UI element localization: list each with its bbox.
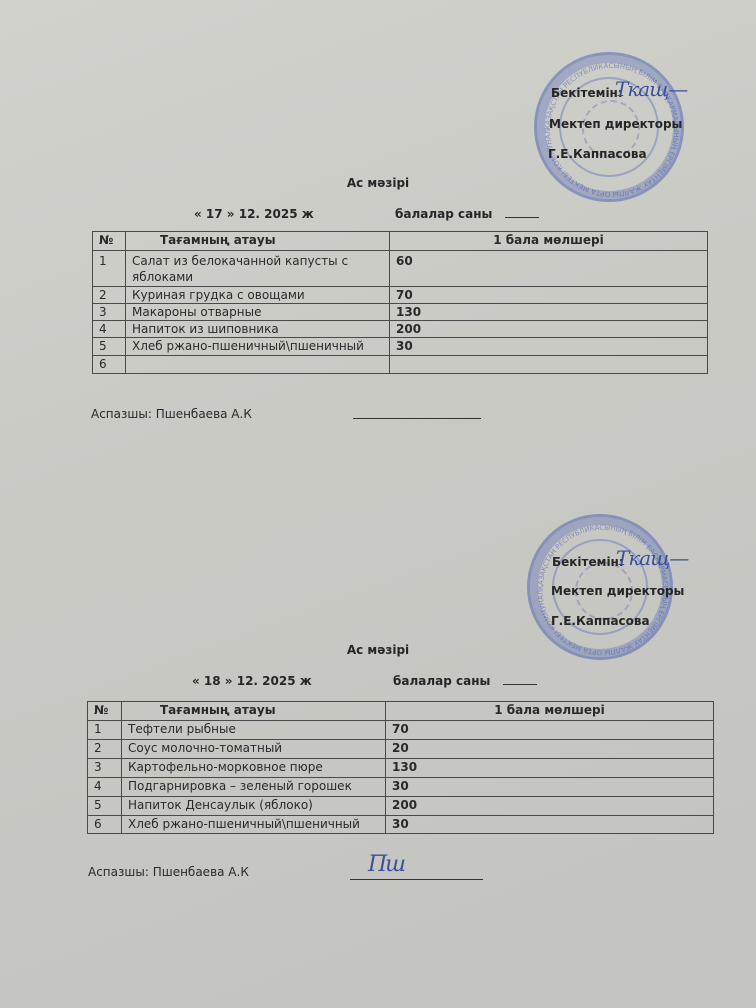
table-row: 6	[93, 356, 708, 374]
dish-name[interactable]	[126, 356, 390, 374]
portion: 70	[386, 721, 714, 740]
cook-label: Аспазшы: Пшенбаева А.К	[91, 407, 252, 421]
row-number: 5	[93, 338, 126, 356]
children-count: балалар саны	[395, 207, 539, 221]
row-number: 6	[93, 356, 126, 374]
portion: 130	[390, 304, 708, 321]
cook-signature: Пш	[368, 852, 404, 877]
table-row: 6 Хлеб ржано-пшеничный\пшеничный 30	[88, 816, 714, 834]
dish-name: Макароны отварные	[126, 304, 390, 321]
dish-name: Хлеб ржано-пшеничный\пшеничный	[126, 338, 390, 356]
children-count-label: балалар саны	[393, 674, 490, 688]
director-name: Г.Е.Каппасова	[551, 615, 650, 627]
approved-label: Бекітемін:	[552, 556, 624, 568]
header-portion: 1 бала мөлшері	[386, 702, 714, 721]
dish-name: Соус молочно-томатный	[122, 740, 386, 759]
dish-name: Тефтели рыбные	[122, 721, 386, 740]
dish-name: Хлеб ржано-пшеничный\пшеничный	[122, 816, 386, 834]
menu-date: « 17 » 12. 2025 ж	[194, 207, 314, 221]
row-number: 2	[93, 287, 126, 304]
director-position: Мектеп директоры	[549, 118, 682, 130]
cook-label: Аспазшы: Пшенбаева А.К	[88, 865, 249, 879]
portion: 70	[390, 287, 708, 304]
portion: 30	[386, 816, 714, 834]
menu-date: « 18 » 12. 2025 ж	[192, 674, 312, 688]
dish-name: Напиток Денсаулык (яблоко)	[122, 797, 386, 816]
portion: 60	[390, 251, 708, 287]
row-number: 3	[88, 759, 122, 778]
portion: 20	[386, 740, 714, 759]
dish-name: Картофельно-морковное пюре	[122, 759, 386, 778]
portion[interactable]	[390, 356, 708, 374]
row-number: 1	[88, 721, 122, 740]
table-row: 4 Подгарнировка – зеленый горошек 30	[88, 778, 714, 797]
children-count-field[interactable]	[503, 684, 537, 685]
portion: 200	[386, 797, 714, 816]
cook-signature-line[interactable]	[353, 418, 481, 419]
portion: 130	[386, 759, 714, 778]
header-dish-name: Тағамның атауы	[126, 232, 390, 251]
row-number: 1	[93, 251, 126, 287]
director-name: Г.Е.Каппасова	[548, 148, 647, 160]
cook-signature-line[interactable]	[350, 879, 483, 880]
portion: 30	[386, 778, 714, 797]
row-number: 2	[88, 740, 122, 759]
header-number: №	[88, 702, 122, 721]
director-position: Мектеп директоры	[551, 585, 684, 597]
director-signature: Ткащ—	[615, 79, 687, 99]
row-number: 5	[88, 797, 122, 816]
table-row: 1 Тефтели рыбные 70	[88, 721, 714, 740]
dish-name: Подгарнировка – зеленый горошек	[122, 778, 386, 797]
menu-table: № Тағамның атауы 1 бала мөлшері 1 Салат …	[92, 231, 708, 374]
children-count-field[interactable]	[505, 217, 539, 218]
row-number: 3	[93, 304, 126, 321]
table-row: 4 Напиток из шиповника 200	[93, 321, 708, 338]
menu-title: Ас мәзірі	[0, 176, 756, 190]
table-row: 5 Напиток Денсаулык (яблоко) 200	[88, 797, 714, 816]
dish-name: Куриная грудка с овощами	[126, 287, 390, 304]
menu-title: Ас мәзірі	[0, 643, 756, 657]
portion: 30	[390, 338, 708, 356]
approved-label: Бекітемін:	[551, 87, 623, 99]
row-number: 4	[93, 321, 126, 338]
portion: 200	[390, 321, 708, 338]
table-row: 2 Куриная грудка с овощами 70	[93, 287, 708, 304]
table-row: 1 Салат из белокачанной капусты с яблока…	[93, 251, 708, 287]
row-number: 4	[88, 778, 122, 797]
table-row: 3 Картофельно-морковное пюре 130	[88, 759, 714, 778]
header-dish-name: Тағамның атауы	[122, 702, 386, 721]
menu-table: № Тағамның атауы 1 бала мөлшері 1 Тефтел…	[87, 701, 714, 834]
table-row: 5 Хлеб ржано-пшеничный\пшеничный 30	[93, 338, 708, 356]
header-number: №	[93, 232, 126, 251]
dish-name: Напиток из шиповника	[126, 321, 390, 338]
row-number: 6	[88, 816, 122, 834]
table-row: 2 Соус молочно-томатный 20	[88, 740, 714, 759]
dish-name: Салат из белокачанной капусты с яблоками	[126, 251, 390, 287]
header-portion: 1 бала мөлшері	[390, 232, 708, 251]
director-signature: Ткащ—	[616, 548, 688, 568]
children-count: балалар саны	[393, 674, 537, 688]
table-row: 3 Макароны отварные 130	[93, 304, 708, 321]
children-count-label: балалар саны	[395, 207, 492, 221]
